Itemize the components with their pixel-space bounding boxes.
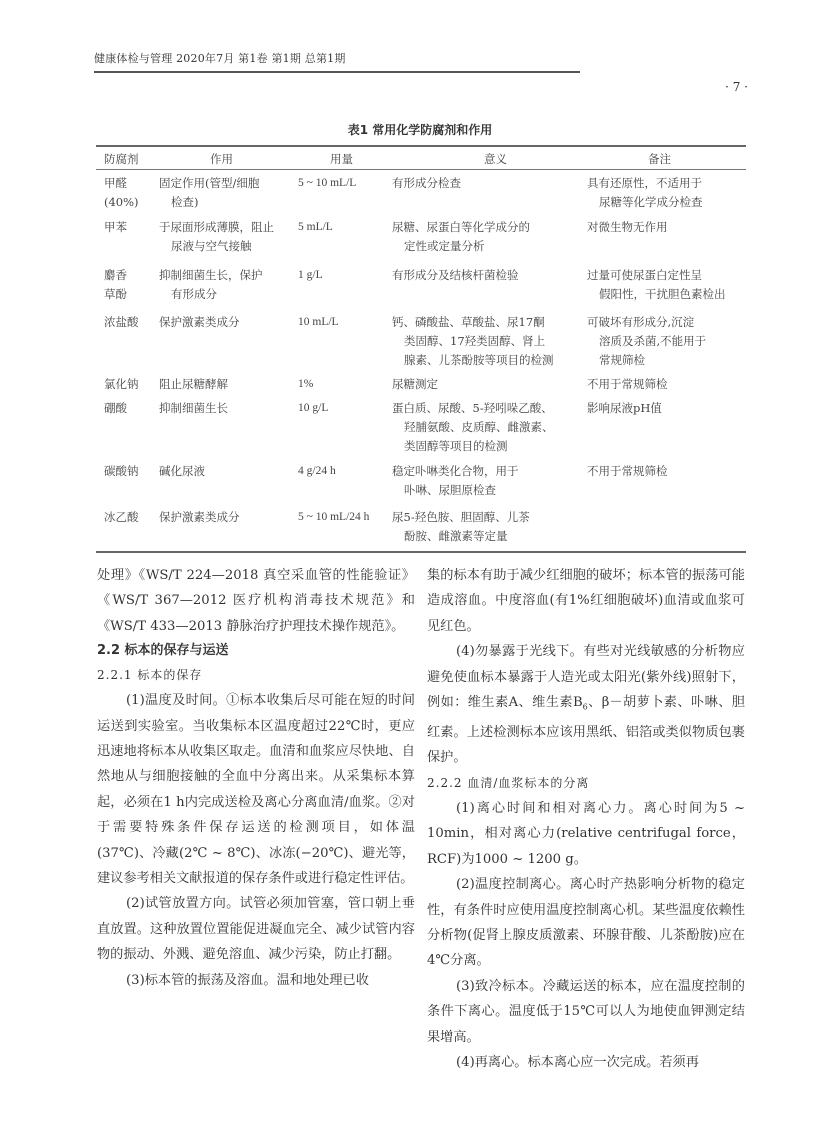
cell-action: 抑制细菌生长，保护有形成分 <box>159 266 299 304</box>
cell-note: 影响尿液pH值 <box>587 399 747 418</box>
cell-dosage: 5 mL/L <box>298 218 393 237</box>
cell-action: 保护激素类成分 <box>159 508 299 527</box>
cell-agent: 甲醛(40%) <box>104 174 164 212</box>
paragraph-centrifuge-time: (1)离心时间和相对离心力。离心时间为5 ~ 10min，相对离心力(relat… <box>427 796 745 872</box>
subsection-heading-2-2-2: 2.2.2 血清/血浆标本的分离 <box>427 771 745 796</box>
cell-note: 不用于常规筛检 <box>587 462 747 481</box>
cell-agent: 氯化钠 <box>104 375 164 394</box>
cell-note: 具有还原性，不适用于尿糖等化学成分检查 <box>587 174 747 212</box>
body-column-left: 处理》《WS/T 224—2018 真空采血管的性能验证》《WS/T 367—2… <box>97 563 415 993</box>
paragraph-tube-orientation: (2)试管放置方向。试管必须加管塞，管口朝上垂直放置。这种放置位置能促进凝血完全… <box>97 891 415 967</box>
cell-dosage: 4 g/24 h <box>298 462 393 481</box>
header-rule <box>94 71 580 73</box>
cell-dosage: 1 g/L <box>298 266 393 285</box>
cell-dosage: 10 mL/L <box>298 313 393 332</box>
paragraph-chilled-specimen: (3)致冷标本。冷藏运送的标本，应在温度控制的条件下离心。温度低于15℃可以人为… <box>427 974 745 1050</box>
page-number: · 7 · <box>725 80 748 94</box>
cell-action: 阻止尿糖酵解 <box>159 375 299 394</box>
cell-note: 对微生物无作用 <box>587 218 747 237</box>
table-header-rule <box>96 169 746 170</box>
table-title: 表1 常用化学防腐剂和作用 <box>0 121 840 138</box>
paragraph-temperature-control: (2)温度控制离心。离心时产热影响分析物的稳定性，有条件时应使用温度控制离心机。… <box>427 872 745 974</box>
cell-note: 可破坏有形成分,沉淀溶质及杀菌,不能用于常规筛检 <box>587 313 747 370</box>
paragraph-hemolysis-continued: 集的标本有助于减少红细胞的破坏；标本管的振荡可能造成溶血。中度溶血(有1%红细胞… <box>427 563 745 639</box>
column-header-dosage: 用量 <box>330 151 353 167</box>
cell-agent: 碳酸钠 <box>104 462 164 481</box>
cell-significance: 尿糖、尿蛋白等化学成分的定性或定量分析 <box>392 218 588 256</box>
subsection-heading-2-2-1: 2.2.1 标本的保存 <box>97 663 415 688</box>
cell-note: 不用于常规筛检 <box>587 375 747 394</box>
cell-dosage: 5 ~ 10 mL/L <box>298 174 393 193</box>
cell-action: 保护激素类成分 <box>159 313 299 332</box>
cell-action: 于尿面形成薄膜，阻止尿液与空气接触 <box>159 218 299 256</box>
table-top-rule <box>96 145 746 147</box>
cell-significance: 有形成分及结核杆菌检验 <box>392 266 588 285</box>
cell-significance: 稳定卟啉类化合物，用于卟啉、尿胆原检查 <box>392 462 588 500</box>
cell-agent: 浓盐酸 <box>104 313 164 332</box>
cell-dosage: 1% <box>298 375 393 394</box>
cell-significance: 有形成分检查 <box>392 174 588 193</box>
cell-agent: 甲苯 <box>104 218 164 237</box>
paragraph-agitation-hemolysis: (3)标本管的振荡及溶血。温和地处理已收 <box>97 968 415 993</box>
running-head: 健康体检与管理 2020年7月 第1卷 第1期 总第1期 <box>94 50 346 66</box>
paragraph-recentrifuge: (4)再离心。标本离心应一次完成。若须再 <box>427 1050 745 1075</box>
cell-action: 固定作用(管型/细胞检查) <box>159 174 299 212</box>
cell-significance: 钙、磷酸盐、草酸盐、尿17酮类固醇、17羟类固醇、肾上腺素、儿茶酚胺等项目的检测 <box>392 313 588 370</box>
table-bottom-rule <box>96 551 746 553</box>
paragraph-continued: 处理》《WS/T 224—2018 真空采血管的性能验证》《WS/T 367—2… <box>97 563 415 639</box>
cell-agent: 硼酸 <box>104 399 164 418</box>
column-header-action: 作用 <box>210 151 233 167</box>
cell-action: 抑制细菌生长 <box>159 399 299 418</box>
cell-significance: 尿5-羟色胺、胆固醇、儿茶酚胺、雌激素等定量 <box>392 508 588 546</box>
column-header-note: 备注 <box>648 151 671 167</box>
paragraph-temperature-time: (1)温度及时间。①标本收集后尽可能在短的时间运送到实验室。当收集标本区温度超过… <box>97 688 415 891</box>
paragraph-light-exposure: (4)勿暴露于光线下。有些对光线敏感的分析物应避免使血标本暴露于人造光或太阳光(… <box>427 639 745 771</box>
column-header-agent: 防腐剂 <box>104 151 139 167</box>
cell-significance: 尿糖测定 <box>392 375 588 394</box>
cell-significance: 蛋白质、尿酸、5-羟吲哚乙酸、羟脯氨酸、皮质醇、雌激素、类固醇等项目的检测 <box>392 399 588 456</box>
cell-dosage: 10 g/L <box>298 399 393 418</box>
column-header-significance: 意义 <box>484 151 507 167</box>
cell-action: 碱化尿液 <box>159 462 299 481</box>
cell-note: 过量可使尿蛋白定性呈假阳性，干扰胆色素检出 <box>587 266 747 304</box>
cell-agent: 冰乙酸 <box>104 508 164 527</box>
body-column-right: 集的标本有助于减少红细胞的破坏；标本管的振荡可能造成溶血。中度溶血(有1%红细胞… <box>427 563 745 1075</box>
cell-dosage: 5 ~ 10 mL/24 h <box>298 508 393 527</box>
cell-agent: 麝香草酚 <box>104 266 164 304</box>
section-heading-2-2: 2.2 标本的保存与运送 <box>97 639 415 663</box>
